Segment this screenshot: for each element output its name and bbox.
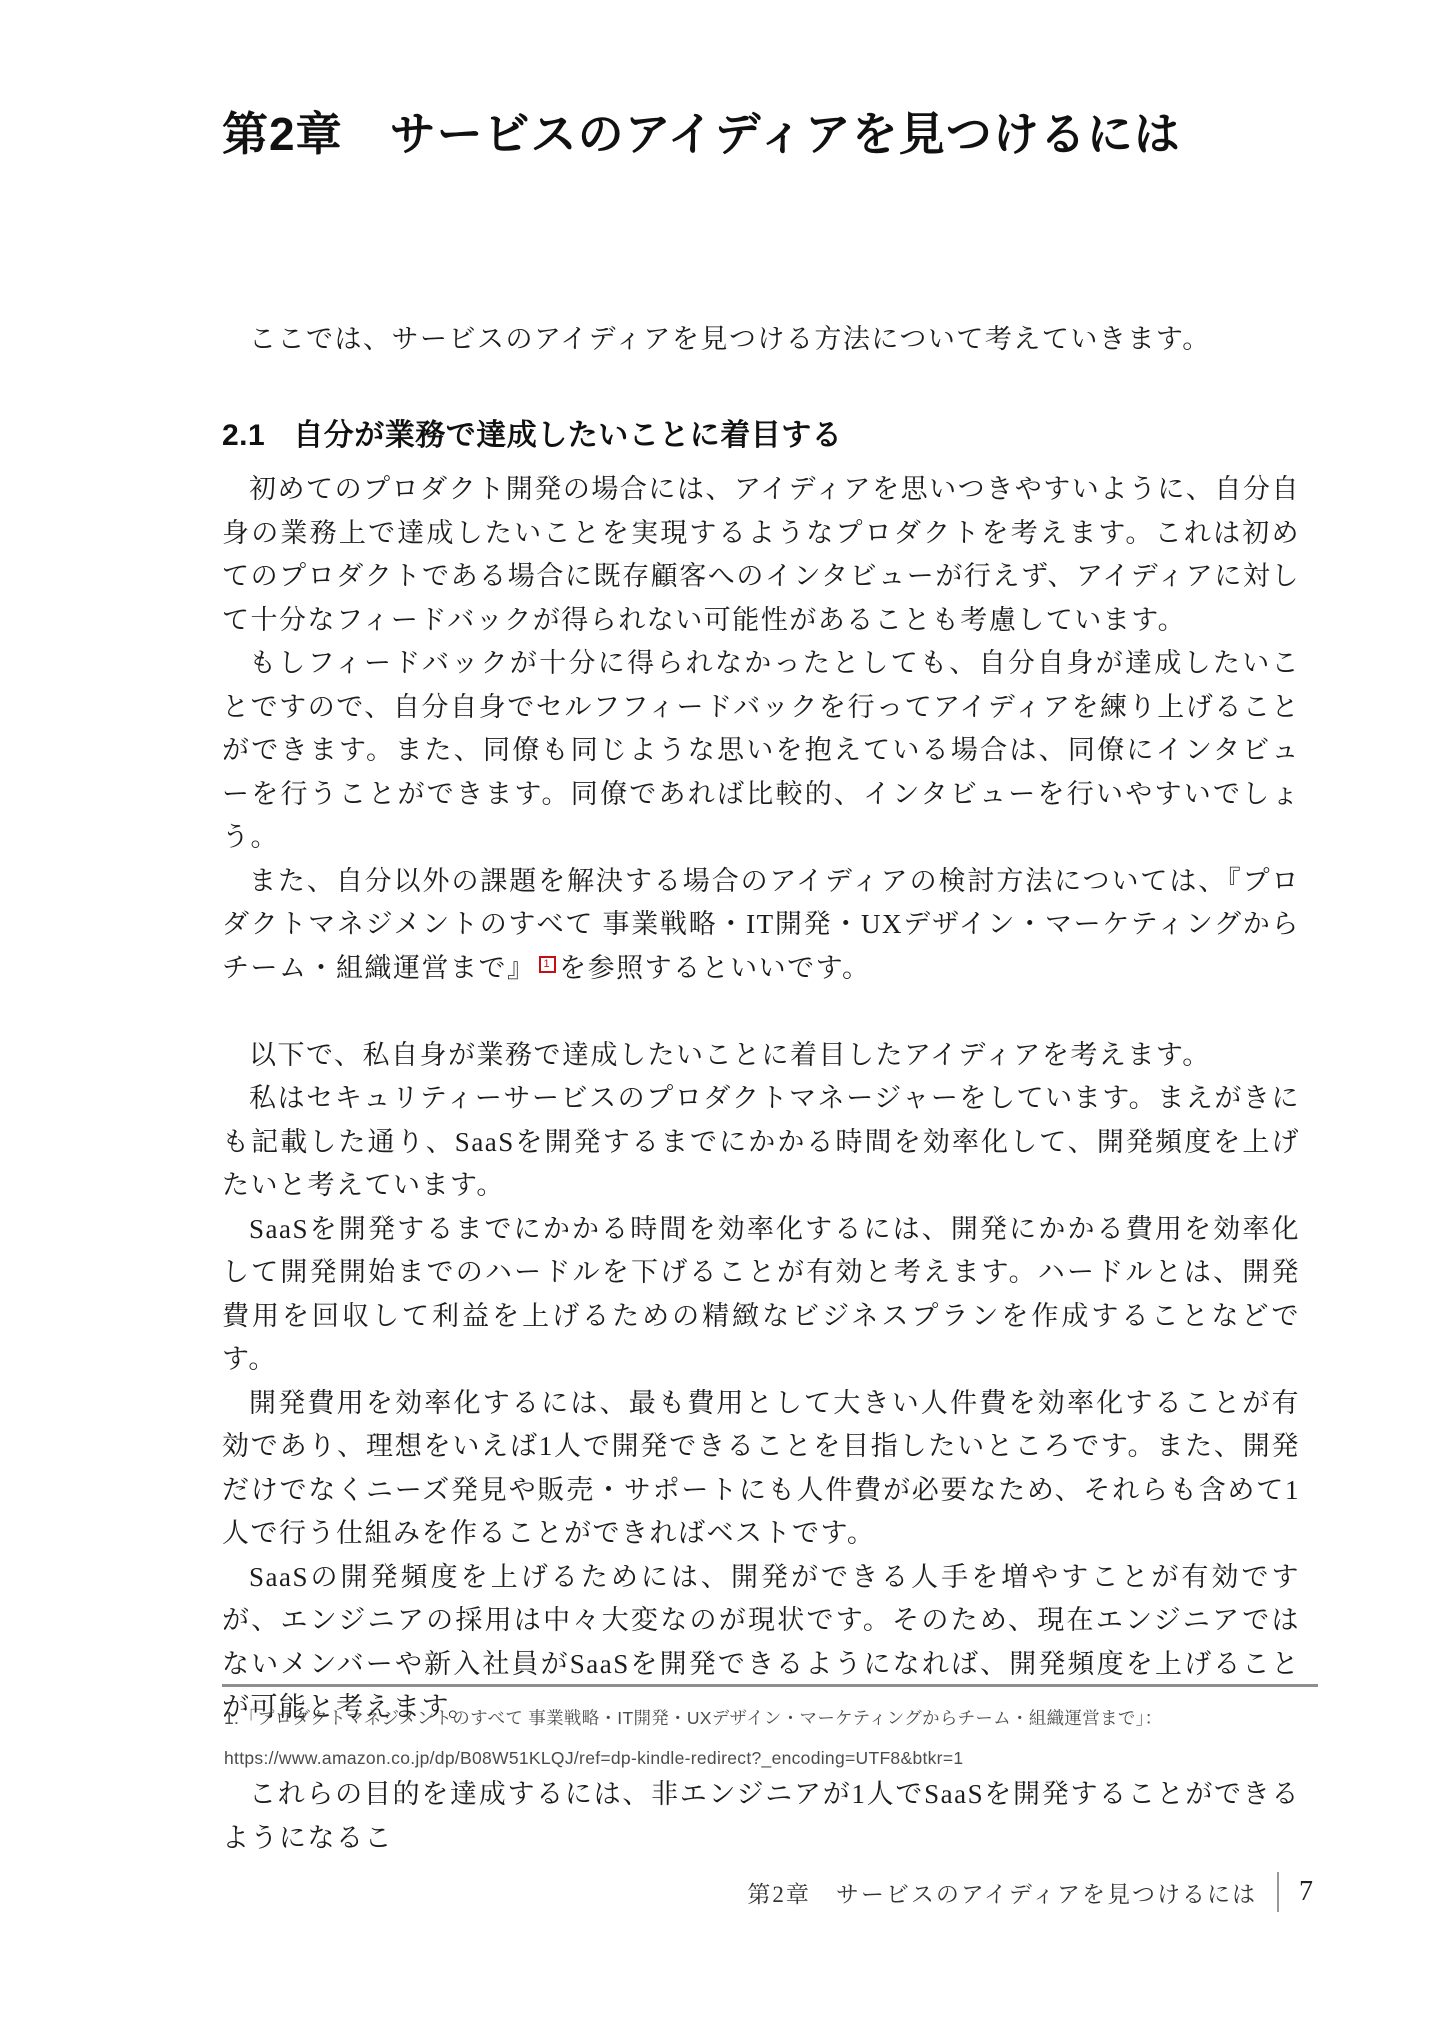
body-text-block: 初めてのプロダクト開発の場合には、アイディアを思いつきやすいように、自分自身の業… — [222, 468, 1300, 1860]
chapter-title: 第2章 サービスのアイディアを見つけるには — [222, 98, 1181, 164]
body-paragraph: SaaSを開発するまでにかかる時間を効率化するには、開発にかかる費用を効率化して… — [222, 1208, 1300, 1382]
footnote-source: 「プロダクトマネジメントのすべて 事業戦略・IT開発・UXデザイン・マーケティン… — [239, 1708, 1162, 1728]
footnote-separator — [222, 1684, 1318, 1687]
body-paragraph: これらの目的を達成するには、非エンジニアが1人でSaaSを開発することができるよ… — [222, 1773, 1300, 1860]
footnote-url[interactable]: https://www.amazon.co.jp/dp/B08W51KLQJ/r… — [224, 1748, 963, 1768]
footnote-number: 1. — [224, 1708, 239, 1728]
footer-divider — [1277, 1872, 1279, 1912]
section-number: 2.1 — [222, 419, 265, 452]
body-paragraph: 以下で、私自身が業務で達成したいことに着目したアイディアを考えます。 — [222, 1034, 1300, 1078]
body-paragraph: 開発費用を効率化するには、最も費用として大きい人件費を効率化することが有効であり… — [222, 1382, 1300, 1556]
page-footer: 第2章 サービスのアイディアを見つけるには 7 — [747, 1872, 1313, 1912]
body-paragraph: 私はセキュリティーサービスのプロダクトマネージャーをしています。まえがきにも記載… — [222, 1077, 1300, 1208]
footnote-ref-marker[interactable]: 1 — [539, 956, 557, 973]
document-page: 第2章 サービスのアイディアを見つけるには ここでは、サービスのアイディアを見つ… — [0, 0, 1433, 2024]
footer-chapter-label: 第2章 サービスのアイディアを見つけるには — [747, 1876, 1257, 1909]
page-number: 7 — [1299, 1876, 1313, 1908]
body-paragraph: また、自分以外の課題を解決する場合のアイディアの検討方法については、『プロダクト… — [222, 860, 1300, 991]
paragraph-text: を参照するといいです。 — [559, 953, 870, 983]
body-paragraph: 初めてのプロダクト開発の場合には、アイディアを思いつきやすいように、自分自身の業… — [222, 468, 1300, 642]
intro-paragraph: ここでは、サービスのアイディアを見つける方法について考えていきます。 — [222, 320, 1300, 358]
body-paragraph: もしフィードバックが十分に得られなかったとしても、自分自身が達成したいことですの… — [222, 642, 1300, 860]
section-title: 自分が業務で達成したいことに着目する — [293, 419, 842, 452]
section-heading: 2.1自分が業務で達成したいことに着目する — [222, 410, 842, 454]
footnote: 1.「プロダクトマネジメントのすべて 事業戦略・IT開発・UXデザイン・マーケテ… — [224, 1698, 1334, 1778]
